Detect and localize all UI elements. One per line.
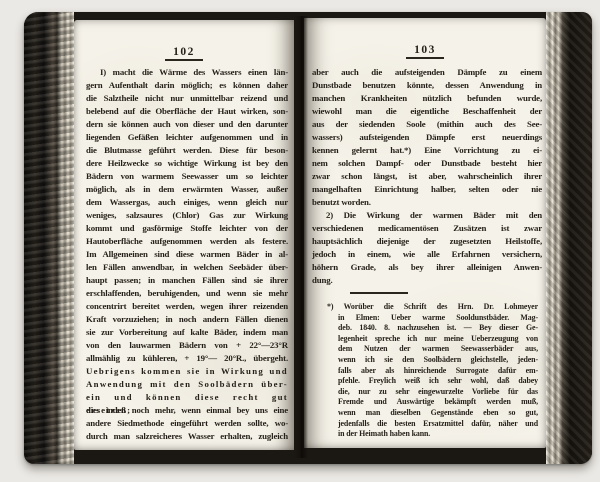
text-line: Anwendung mit den Soolbädern über- — [86, 378, 288, 391]
text-line: aus der siedenden Soole (mithin auch des… — [312, 118, 542, 131]
text-line: I) macht die Wärme des Wassers einen län… — [86, 66, 288, 79]
text-line: dem Nutzen der warmen Seewasserbäder aus… — [338, 344, 538, 355]
text-line: len Fällen anwendbar, in welchen Seebäde… — [86, 261, 288, 274]
text-line: manchen Krankheiten nützlich befunden wu… — [312, 92, 542, 105]
text-line: zwar schon längst, ist aber, wahrscheinl… — [312, 170, 542, 183]
text-line: verschiedenen medicamentösen Zusätzen is… — [312, 222, 542, 235]
text-line: die Blutmasse geführt werden. Diese für … — [86, 144, 288, 157]
text-line: kommt und gasförmige Stoffe leichter von… — [86, 222, 288, 235]
text-line: *) Worüber die Schrift des Hrn. Dr. Lohm… — [338, 302, 538, 313]
text-line: jedenfalls die besten Ersatzmittel dafür… — [338, 419, 538, 430]
text-line: pfehle. Freylich weiß ich sehr wohl, daß… — [338, 376, 538, 387]
text-line: haupt passen; in manchen Fällen sind sie… — [86, 274, 288, 287]
page-edges-left — [24, 12, 74, 464]
text-line: legenheit spreche ich nur meine Ueberzeu… — [338, 334, 538, 345]
text-line: in der Heimath haben kann. — [338, 429, 538, 440]
text-line: möglich, als in dem erwärmten Wasser, au… — [86, 183, 288, 196]
text-line: kennen gelernt hat.*) Eine Vorrichtung z… — [312, 144, 542, 157]
page-103-body-text: aber auch die aufsteigenden Dämpfe zu ei… — [312, 66, 542, 287]
footnote-separator-rule — [350, 292, 408, 294]
photo-background: 102 I) macht die Wärme des Wassers einen… — [0, 0, 600, 482]
page-103-footnote: *) Worüber die Schrift des Hrn. Dr. Lohm… — [338, 302, 538, 440]
page-103-header: 103 — [304, 40, 546, 59]
text-line: Kraft vorzuziehen; in noch andern Fällen… — [86, 313, 288, 326]
text-line: Uebrigens kommen sie in Wirkung und — [86, 365, 288, 378]
text-line: erschlaffenden, beruhigenden, und wenn s… — [86, 287, 288, 300]
text-line: deb. 1840. 8. nachzusehen ist. — Bey die… — [338, 323, 538, 334]
text-line: sie zur Vorbereitung auf kalte Bäder, in… — [86, 326, 288, 339]
text-line: wenn man dieselben Gegenstände eben so g… — [338, 408, 538, 419]
text-line: gern Aufenthalt darin möglich; es können… — [86, 79, 288, 92]
page-number: 102 — [165, 46, 203, 61]
text-line: weniges, salzsaures (Chlor) Gas zur Wirk… — [86, 209, 288, 222]
text-line: ein und können diese recht gut ersetzen; — [86, 391, 288, 404]
text-line: höhern Grade, als bey ihrer alleinigen A… — [312, 261, 542, 274]
text-line: concentrirt bereitet werden, wegen ihrer… — [86, 300, 288, 313]
text-line: Bädern von warmem Seewasser um so leicht… — [86, 170, 288, 183]
text-line: die Salztheile nicht nur unmittelbar rei… — [86, 92, 288, 105]
text-line: Im Allgemeinen sind diese warmen Bäder i… — [86, 248, 288, 261]
text-line: Hautoberfläche aufgenommen werden als fe… — [86, 235, 288, 248]
text-line: durch man salzreicheres Wasser erhalten,… — [86, 430, 288, 443]
text-line: hauptsächlich diejenige der zugesetzten … — [312, 235, 542, 248]
text-line: dies indeß noch mehr, wenn einmal bey un… — [86, 404, 288, 417]
text-line: nem solchen Dampf- oder Dunstbade besteh… — [312, 157, 542, 170]
page-102: 102 I) macht die Wärme des Wassers einen… — [74, 20, 294, 450]
text-line: in Elmen: Ueber warme Sooldunstbäder. Ma… — [338, 313, 538, 324]
text-line: allmählig zu kühleren, + 19°— 20°R., übe… — [86, 352, 288, 365]
book-spine-gutter — [294, 16, 308, 458]
text-line: mangelhaften Einrichtung halber, selten … — [312, 183, 542, 196]
text-line: liegenden Gefäßen leichter aufgenommen u… — [86, 131, 288, 144]
text-line: dung. — [312, 274, 542, 287]
text-line: falls aber als hinreichende Surrogate da… — [338, 366, 538, 377]
page-103: 103 aber auch die aufsteigenden Dämpfe z… — [304, 18, 546, 448]
text-line: von den lauwarmen Bädern von + 22°—23°R — [86, 339, 288, 352]
text-line: 2) Die Wirkung der warmen Bäder mit den — [312, 209, 542, 222]
text-line: Dunstbade benutzen könnte, dessen Anwend… — [312, 79, 542, 92]
text-line: wiewohl man die eigentliche Beschaffenhe… — [312, 105, 542, 118]
text-line: aber auch die aufsteigenden Dämpfe zu ei… — [312, 66, 542, 79]
text-line: dem Wassergas, auch einiges, wenn gleich… — [86, 196, 288, 209]
text-line: die, nur zu sehr eingewurzelte Vorliebe … — [338, 387, 538, 398]
text-line: wenn ich sie den Soolbädern gleichstelle… — [338, 355, 538, 366]
text-line: andere Siedmethode eingeführt werden sol… — [86, 417, 288, 430]
text-line: Fremde und Auswärtige bekämpft werden mu… — [338, 397, 538, 408]
page-edges-right — [546, 12, 592, 464]
page-102-body-text: I) macht die Wärme des Wassers einen län… — [86, 66, 288, 443]
text-line: jedoch in einem, wie alle Erfahrnen vers… — [312, 248, 542, 261]
open-book: 102 I) macht die Wärme des Wassers einen… — [24, 12, 592, 464]
text-line: dere Heilzwecke so wichtige Wirkung ist … — [86, 157, 288, 170]
text-line: benutzt worden. — [312, 196, 542, 209]
text-line: dern sie können auch von dieser und den … — [86, 118, 288, 131]
page-number: 103 — [406, 44, 444, 59]
text-line: belebend auf die Oberfläche der Haut wir… — [86, 105, 288, 118]
text-line: wassers) aufsteigenden Dämpfe erst neuer… — [312, 131, 542, 144]
page-102-header: 102 — [74, 42, 294, 61]
